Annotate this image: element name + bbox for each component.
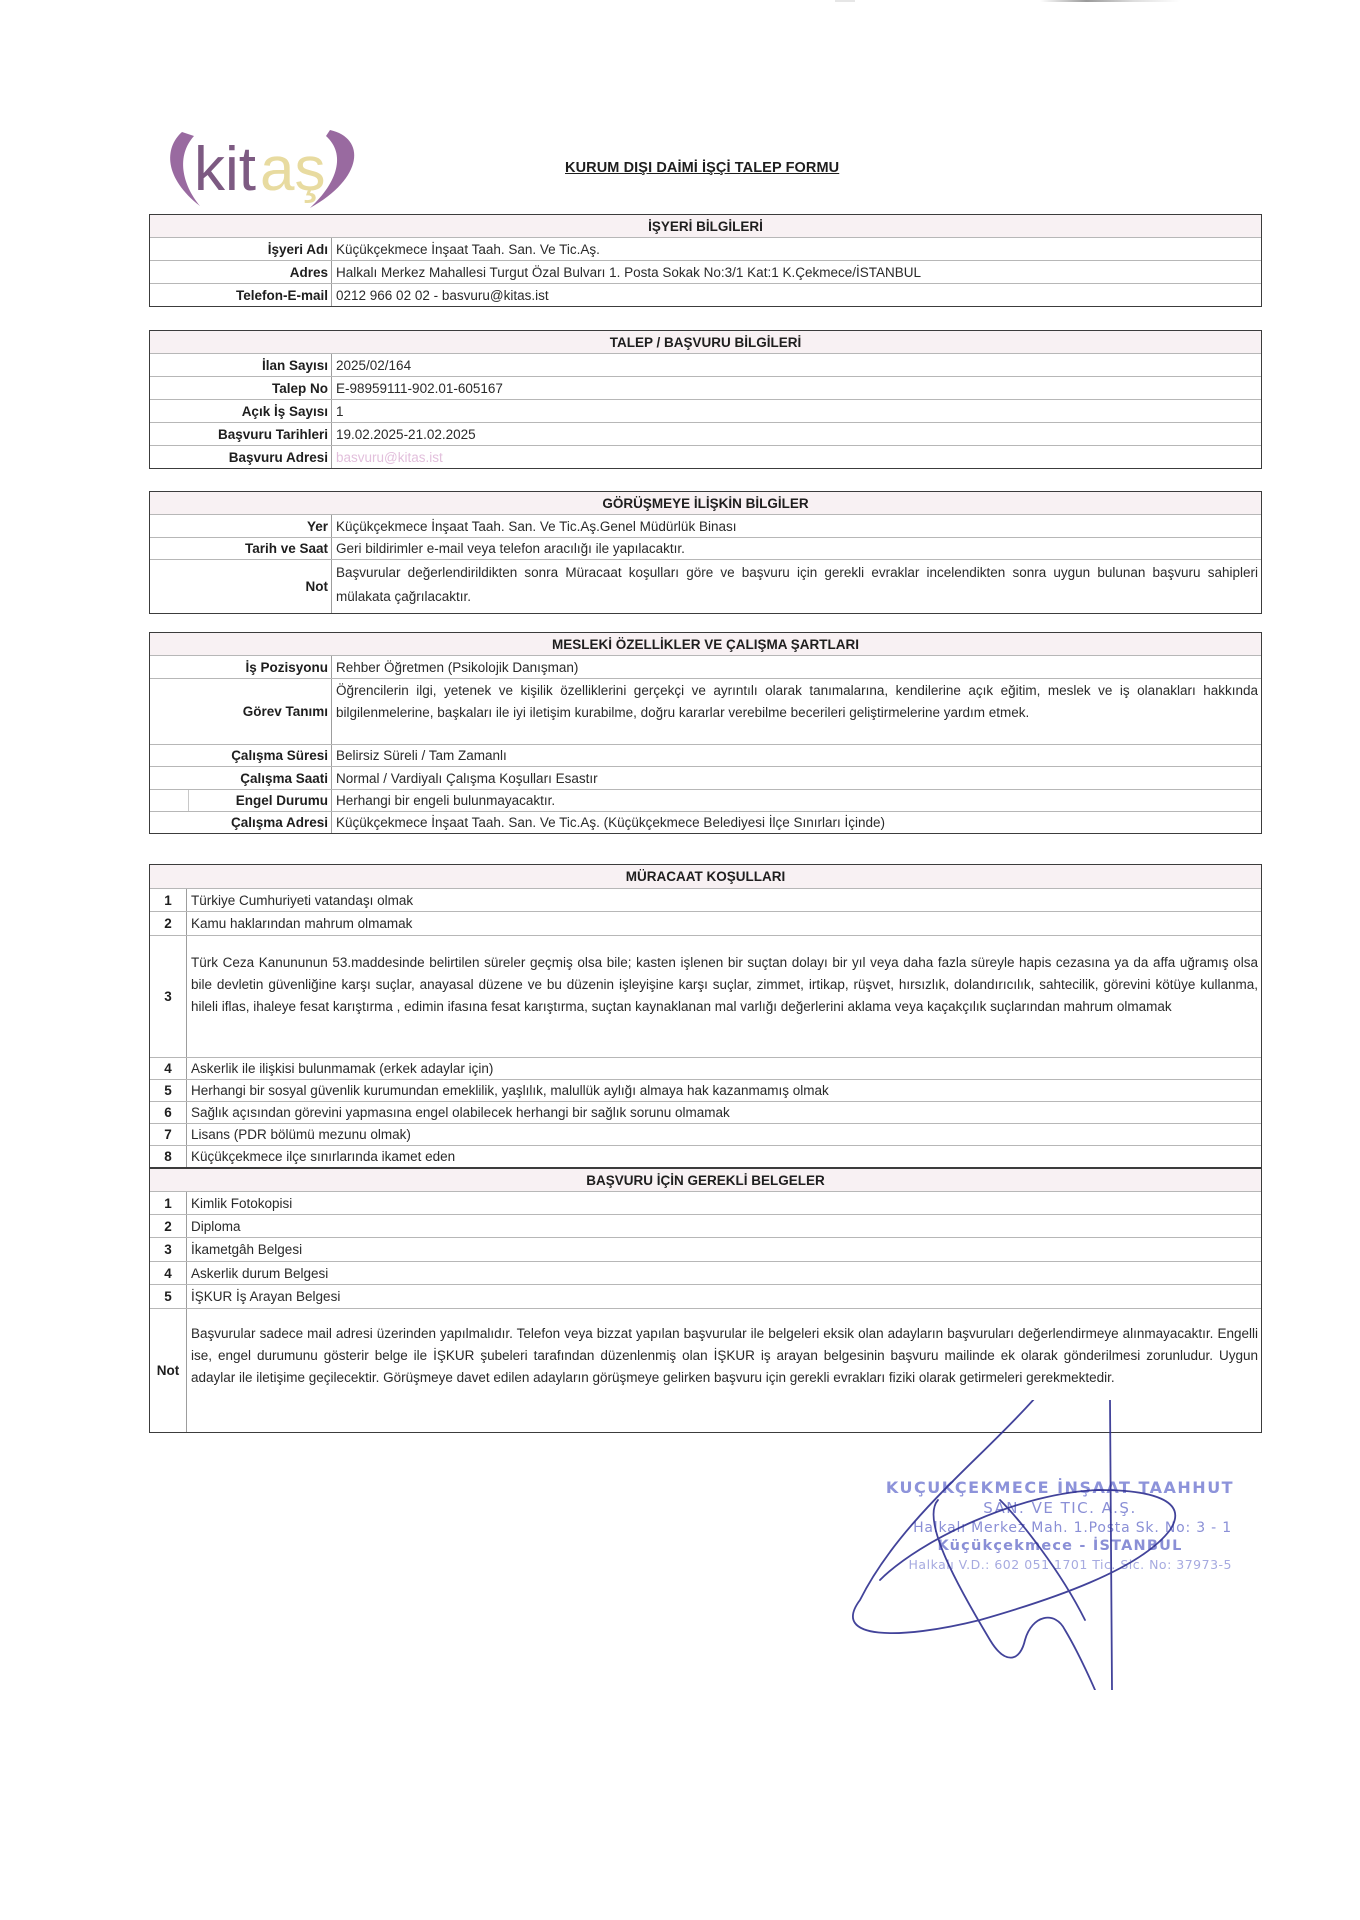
item-number: 4 (150, 1262, 187, 1284)
list-item: 1 Türkiye Cumhuriyeti vatandaşı olmak (150, 888, 1261, 911)
list-item: 6 Sağlık açısından görevini yapmasına en… (150, 1101, 1261, 1123)
item-number: 2 (150, 1215, 187, 1237)
item-number: 5 (150, 1080, 187, 1101)
section-heading: TALEP / BAŞVURU BİLGİLERİ (150, 331, 1261, 353)
stamp-line: KUÇUKÇEKMECE İNŞAAT TAAHHUT (880, 1478, 1240, 1497)
field-label: İşyeri Adı (150, 238, 332, 260)
table-row: Açık İş Sayısı 1 (150, 399, 1261, 422)
field-label: Tarih ve Saat (150, 538, 332, 559)
field-value: Belirsiz Süreli / Tam Zamanlı (332, 745, 1261, 766)
stamp-line: Küçükçekmece - İSTANBUL (880, 1538, 1240, 1554)
table-row: Telefon-E-mail 0212 966 02 02 - basvuru@… (150, 283, 1261, 306)
list-item: 5 İŞKUR İş Arayan Belgesi (150, 1284, 1261, 1308)
talep-basvuru-table: TALEP / BAŞVURU BİLGİLERİ İlan Sayısı 20… (149, 330, 1262, 469)
section-heading: BAŞVURU İÇİN GEREKLİ BELGELER (150, 1167, 1261, 1191)
field-value: Normal / Vardiyalı Çalışma Koşulları Esa… (332, 767, 1261, 789)
table-row: Çalışma Adresi Küçükçekmece İnşaat Taah.… (150, 811, 1261, 833)
item-number: 6 (150, 1102, 187, 1123)
stamp-line: SAN. VE TIC. A.Ş. (880, 1499, 1240, 1517)
field-value: Halkalı Merkez Mahallesi Turgut Özal Bul… (332, 261, 1261, 283)
section-heading: MÜRACAAT KOŞULLARI (150, 865, 1261, 888)
table-row: Engel Durumu Herhangi bir engeli bulunma… (150, 789, 1261, 811)
field-value: Küçükçekmece İnşaat Taah. San. Ve Tic.Aş… (332, 515, 1261, 537)
field-label: Çalışma Saati (150, 767, 332, 789)
field-label: Görev Tanımı (150, 679, 332, 744)
cell-divider (188, 790, 189, 811)
muracaat-kosullari-table: MÜRACAAT KOŞULLARI 1 Türkiye Cumhuriyeti… (149, 864, 1262, 1433)
field-label: Telefon-E-mail (150, 284, 332, 306)
item-text: Kamu haklarından mahrum olmamak (187, 912, 1261, 935)
mesleki-ozellikler-table: MESLEKİ ÖZELLİKLER VE ÇALIŞMA ŞARTLARI İ… (149, 632, 1262, 834)
item-text: Küçükçekmece ilçe sınırlarında ikamet ed… (187, 1146, 1261, 1167)
table-row: Başvuru Adresi basvuru@kitas.ist (150, 445, 1261, 468)
table-row: İş Pozisyonu Rehber Öğretmen (Psikolojik… (150, 655, 1261, 678)
email-link[interactable]: basvuru@kitas.ist (332, 446, 1261, 468)
item-text: Lisans (PDR bölümü mezunu olmak) (187, 1124, 1261, 1145)
list-item: 3 İkametgâh Belgesi (150, 1237, 1261, 1261)
logo-text-main: kit (194, 135, 256, 204)
item-number: 1 (150, 889, 187, 911)
item-number: 7 (150, 1124, 187, 1145)
item-text: Sağlık açısından görevini yapmasına enge… (187, 1102, 1261, 1123)
item-text: İŞKUR İş Arayan Belgesi (187, 1285, 1261, 1308)
item-text: Kimlik Fotokopisi (187, 1192, 1261, 1214)
item-number: 1 (150, 1192, 187, 1214)
field-label-text: Engel Durumu (236, 793, 328, 808)
list-item: 4 Askerlik durum Belgesi (150, 1261, 1261, 1284)
table-row: Adres Halkalı Merkez Mahallesi Turgut Öz… (150, 260, 1261, 283)
stamp-line: Halkalı V.D.: 602 051 1701 Tic. Sic. No:… (880, 1557, 1240, 1572)
note-row: Not Başvurular sadece mail adresi üzerin… (150, 1308, 1261, 1432)
item-text: Türkiye Cumhuriyeti vatandaşı olmak (187, 889, 1261, 911)
field-label: Açık İş Sayısı (150, 400, 332, 422)
table-row: Çalışma Süresi Belirsiz Süreli / Tam Zam… (150, 744, 1261, 766)
table-row: Yer Küçükçekmece İnşaat Taah. San. Ve Ti… (150, 514, 1261, 537)
item-number: 3 (150, 1238, 187, 1261)
item-text: Askerlik durum Belgesi (187, 1262, 1261, 1284)
logo-text-accent: aş (260, 135, 325, 204)
item-number: 8 (150, 1146, 187, 1167)
logo-graphic-icon: kit aş (160, 126, 375, 210)
table-row: İşyeri Adı Küçükçekmece İnşaat Taah. San… (150, 237, 1261, 260)
field-label: Başvuru Adresi (150, 446, 332, 468)
list-item: 4 Askerlik ile ilişkisi bulunmamak (erke… (150, 1057, 1261, 1079)
field-value: E-98959111-902.01-605167 (332, 377, 1261, 399)
item-number: 2 (150, 912, 187, 935)
list-item: 3 Türk Ceza Kanununun 53.maddesinde beli… (150, 935, 1261, 1057)
section-heading: MESLEKİ ÖZELLİKLER VE ÇALIŞMA ŞARTLARI (150, 633, 1261, 655)
field-value: Geri bildirimler e-mail veya telefon ara… (332, 538, 1261, 559)
kitas-logo: kit aş (160, 126, 375, 210)
table-row: Başvuru Tarihleri 19.02.2025-21.02.2025 (150, 422, 1261, 445)
table-row: Görev Tanımı Öğrencilerin ilgi, yetenek … (150, 678, 1261, 744)
field-label: Not (150, 560, 332, 613)
field-value: Başvurular değerlendirildikten sonra Mür… (332, 560, 1261, 613)
item-number: 4 (150, 1058, 187, 1079)
field-label: Yer (150, 515, 332, 537)
stamp-line: Halkalı Merkez Mah. 1.Posta Sk. No: 3 - … (880, 1520, 1240, 1536)
field-label: Adres (150, 261, 332, 283)
section-heading: GÖRÜŞMEYE İLİŞKİN BİLGİLER (150, 492, 1261, 514)
field-value: 1 (332, 400, 1261, 422)
field-value: Herhangi bir engeli bulunmayacaktır. (332, 790, 1261, 811)
field-label: İlan Sayısı (150, 354, 332, 376)
field-label: Engel Durumu (150, 790, 332, 811)
field-label: Başvuru Tarihleri (150, 423, 332, 445)
gorusme-bilgileri-table: GÖRÜŞMEYE İLİŞKİN BİLGİLER Yer Küçükçekm… (149, 491, 1262, 614)
field-value: 2025/02/164 (332, 354, 1261, 376)
item-text: Askerlik ile ilişkisi bulunmamak (erkek … (187, 1058, 1261, 1079)
item-number: 3 (150, 936, 187, 1057)
field-value: Küçükçekmece İnşaat Taah. San. Ve Tic.Aş… (332, 238, 1261, 260)
item-text: Herhangi bir sosyal güvenlik kurumundan … (187, 1080, 1261, 1101)
isyeri-bilgileri-table: İŞYERİ BİLGİLERİ İşyeri Adı Küçükçekmece… (149, 214, 1262, 307)
field-label: Çalışma Adresi (150, 812, 332, 833)
note-text: Başvurular sadece mail adresi üzerinden … (187, 1309, 1261, 1432)
note-label: Not (150, 1309, 187, 1432)
item-number: 5 (150, 1285, 187, 1308)
list-item: 2 Diploma (150, 1214, 1261, 1237)
item-text: İkametgâh Belgesi (187, 1238, 1261, 1261)
field-label: İş Pozisyonu (150, 656, 332, 678)
list-item: 1 Kimlik Fotokopisi (150, 1191, 1261, 1214)
section-heading: İŞYERİ BİLGİLERİ (150, 215, 1261, 237)
field-label: Çalışma Süresi (150, 745, 332, 766)
table-row: Talep No E-98959111-902.01-605167 (150, 376, 1261, 399)
scan-artifact (1040, 0, 1180, 2)
list-item: 8 Küçükçekmece ilçe sınırlarında ikamet … (150, 1145, 1261, 1167)
item-text: Diploma (187, 1215, 1261, 1237)
field-value: 0212 966 02 02 - basvuru@kitas.ist (332, 284, 1261, 306)
field-value: Öğrencilerin ilgi, yetenek ve kişilik öz… (332, 679, 1261, 744)
field-value: Rehber Öğretmen (Psikolojik Danışman) (332, 656, 1261, 678)
document-title: KURUM DIŞI DAİMİ İŞÇİ TALEP FORMU (565, 160, 839, 176)
field-value: 19.02.2025-21.02.2025 (332, 423, 1261, 445)
list-item: 2 Kamu haklarından mahrum olmamak (150, 911, 1261, 935)
company-stamp: KUÇUKÇEKMECE İNŞAAT TAAHHUT SAN. VE TIC.… (880, 1478, 1240, 1572)
table-row: Not Başvurular değerlendirildikten sonra… (150, 559, 1261, 613)
field-label: Talep No (150, 377, 332, 399)
table-row: Çalışma Saati Normal / Vardiyalı Çalışma… (150, 766, 1261, 789)
scan-artifact (835, 0, 855, 2)
table-row: İlan Sayısı 2025/02/164 (150, 353, 1261, 376)
item-text: Türk Ceza Kanununun 53.maddesinde belirt… (187, 936, 1261, 1057)
list-item: 5 Herhangi bir sosyal güvenlik kurumunda… (150, 1079, 1261, 1101)
list-item: 7 Lisans (PDR bölümü mezunu olmak) (150, 1123, 1261, 1145)
field-value: Küçükçekmece İnşaat Taah. San. Ve Tic.Aş… (332, 812, 1261, 833)
table-row: Tarih ve Saat Geri bildirimler e-mail ve… (150, 537, 1261, 559)
